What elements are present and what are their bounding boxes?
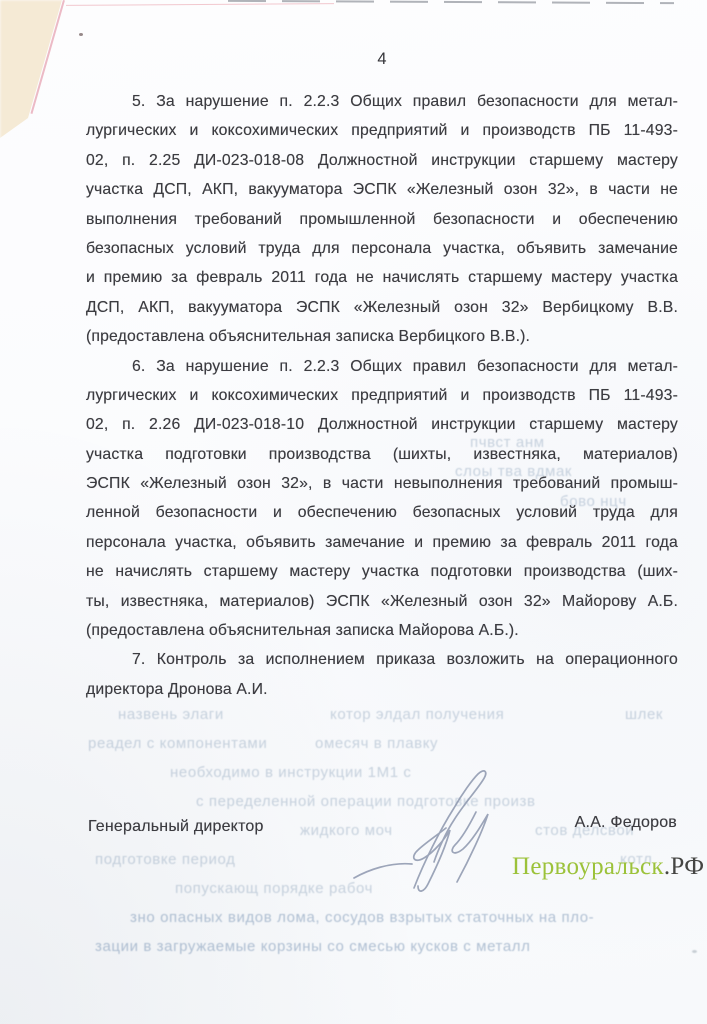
- text-line: 6. За нарушение п. 2.2.3 Общих правил бе…: [86, 352, 678, 381]
- text-line: и премию за февраль 2011 года не начисля…: [86, 263, 678, 292]
- text-line: 02, п. 2.26 ДИ-023-018-10 Должностной ин…: [86, 410, 678, 439]
- text-line: безопасных условий труда для персонала у…: [86, 234, 678, 263]
- scan-corner-background: [0, 0, 80, 150]
- text-line: не начислять старшему мастеру участка по…: [86, 557, 678, 586]
- text-line: ЭСПК «Железный озон 32», в части невыпол…: [86, 469, 678, 498]
- text-line: ты, известняка, материалов) ЭСПК «Железн…: [86, 587, 678, 616]
- watermark: Первоуральск.РФ: [512, 853, 704, 881]
- text-block: 5. За нарушение п. 2.2.3 Общих правил бе…: [86, 87, 678, 704]
- text-line: (предоставлена объяснительная записка Ма…: [86, 616, 678, 645]
- text-line: (предоставлена объяснительная записка Ве…: [86, 322, 678, 351]
- text-line: выполнения требований промышленной безоп…: [86, 205, 678, 234]
- bleed-through-fragment: подготовке период: [95, 850, 235, 870]
- signatory-position-label: Генеральный директор: [88, 818, 264, 836]
- page-number: 4: [86, 50, 678, 69]
- watermark-domain-suffix: .РФ: [664, 853, 704, 880]
- bleed-through-fragment: назвень элаги: [118, 705, 224, 725]
- text-line: участка подготовки производства (шихты, …: [86, 440, 678, 469]
- scanned-document-page: пчвст анмслоы тва вдмакбово нцчназвень э…: [0, 0, 707, 1024]
- scan-artifact-speck: [79, 33, 83, 36]
- signature-handwriting-icon: [340, 748, 510, 913]
- scan-artifact-speck: [692, 950, 697, 953]
- text-line: ДСП, АКП, вакууматора ЭСПК «Железный озо…: [86, 293, 678, 322]
- bleed-through-fragment: шлек: [625, 705, 663, 725]
- text-line: 02, п. 2.25 ДИ-023-018-08 Должностной ин…: [86, 146, 678, 175]
- text-line: директора Дронова А.И.: [86, 675, 678, 704]
- text-line: ленной безопасности и обеспечению безопа…: [86, 498, 678, 527]
- watermark-site-name: Первоуральск: [512, 853, 664, 880]
- text-line: лургических и коксохимических предприяти…: [86, 116, 678, 145]
- text-line: персонала участка, объявить замечание и …: [86, 528, 678, 557]
- bleed-through-fragment: котор элдал получения: [330, 705, 504, 725]
- text-line: участка ДСП, АКП, вакууматора ЭСПК «Желе…: [86, 175, 678, 204]
- scan-artifact-pink-line: [66, 3, 334, 6]
- bleed-through-fragment: реадел с компонентами: [88, 734, 267, 754]
- text-line: 5. За нарушение п. 2.2.3 Общих правил бе…: [86, 87, 678, 116]
- text-line: 7. Контроль за исполнением приказа возло…: [86, 645, 678, 674]
- text-line: лургических и коксохимических предприяти…: [86, 381, 678, 410]
- signatory-name-label: А.А. Федоров: [575, 814, 677, 832]
- bleed-through-fragment: зации в загружаемые корзины со смесью ку…: [95, 937, 530, 957]
